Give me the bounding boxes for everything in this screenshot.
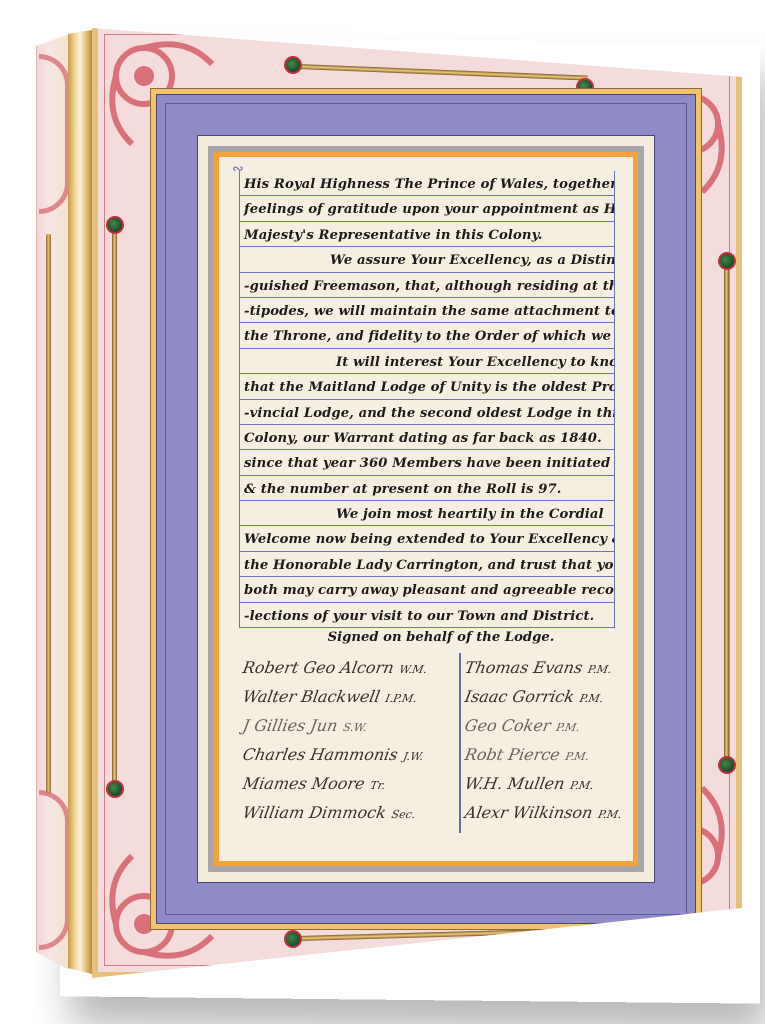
scroll-flourish-icon: ∾ <box>232 161 244 177</box>
side-swirl-ornament <box>39 790 70 950</box>
signature: William DimmockSec. <box>240 798 460 827</box>
orange-border: ∾ His Royal Highness The Prince of Wales… <box>214 152 638 866</box>
signature: Geo CokerP.M. <box>462 711 633 740</box>
text-line: We assure Your Excellency, as a Distin- <box>240 247 614 272</box>
signature: Charles HammonisJ.W. <box>240 740 460 769</box>
right-gold-rail <box>724 264 729 764</box>
gold-inner-frame: ∾ His Royal Highness The Prince of Wales… <box>150 88 702 930</box>
purple-beaded-frame: ∾ His Royal Highness The Prince of Wales… <box>156 94 696 924</box>
signature: Thomas EvansP.M. <box>462 653 633 682</box>
text-line: Welcome now being extended to Your Excel… <box>240 526 614 551</box>
text-line: & the number at present on the Roll is 9… <box>240 476 614 501</box>
signature: Robert Geo AlcornW.M. <box>240 653 460 682</box>
canvas-print: ∾ His Royal Highness The Prince of Wales… <box>0 0 765 1024</box>
ruled-text-block: ∾ His Royal Highness The Prince of Wales… <box>239 171 615 628</box>
gray-mat: ∾ His Royal Highness The Prince of Wales… <box>208 146 644 872</box>
canvas-side-edge <box>36 34 69 970</box>
signature: Robt PierceP.M. <box>462 740 633 769</box>
text-line: since that year 360 Members have been in… <box>240 450 614 475</box>
document-paper: ∾ His Royal Highness The Prince of Wales… <box>219 157 633 861</box>
rail-knob-icon <box>718 756 736 774</box>
signature: Isaac GorrickP.M. <box>462 682 633 711</box>
signatures-left-column: Robert Geo AlcornW.M. Walter BlackwellI.… <box>243 653 458 827</box>
text-line: the Honorable Lady Carrington, and trust… <box>240 552 614 577</box>
signature: Miames MooreTr. <box>240 769 460 798</box>
rail-knob-icon <box>718 252 736 270</box>
text-line: both may carry away pleasant and agreeab… <box>240 577 614 602</box>
signature: W.H. MullenP.M. <box>462 769 633 798</box>
signatures-right-column: Thomas EvansP.M. Isaac GorrickP.M. Geo C… <box>465 653 633 827</box>
side-gold-rail <box>46 234 51 794</box>
text-line: It will interest Your Excellency to know <box>240 349 614 374</box>
rail-knob-icon <box>284 56 302 74</box>
text-line: -lections of your visit to our Town and … <box>240 603 614 628</box>
canvas-front: ∾ His Royal Highness The Prince of Wales… <box>92 22 742 978</box>
text-line: -tipodes, we will maintain the same atta… <box>240 298 614 323</box>
signature: Walter BlackwellI.P.M. <box>240 682 460 711</box>
rail-knob-icon <box>106 216 124 234</box>
rail-knob-icon <box>284 930 302 948</box>
text-line: -guished Freemason, that, although resid… <box>240 273 614 298</box>
text-line: feelings of gratitude upon your appointm… <box>240 196 614 221</box>
signatures-block: Robert Geo AlcornW.M. Walter BlackwellI.… <box>233 653 619 843</box>
text-line: that the Maitland Lodge of Unity is the … <box>240 374 614 399</box>
gilt-frame-edge <box>68 30 92 974</box>
left-gold-rail <box>112 228 117 788</box>
cream-mat: ∾ His Royal Highness The Prince of Wales… <box>197 135 655 883</box>
top-gold-rail <box>298 64 588 81</box>
side-swirl-ornament <box>39 54 70 214</box>
signature: Alexr WilkinsonP.M. <box>462 798 633 827</box>
signature: J Gillies JunS.W. <box>240 711 460 740</box>
text-line: We join most heartily in the Cordial <box>240 501 614 526</box>
text-line: the Throne, and fidelity to the Order of… <box>240 323 614 348</box>
text-line: Colony, our Warrant dating as far back a… <box>240 425 614 450</box>
closing-line: Signed on behalf of the Lodge. <box>233 630 619 645</box>
text-line: His Royal Highness The Prince of Wales, … <box>240 171 614 196</box>
rail-knob-icon <box>106 780 124 798</box>
text-line: Majesty's Representative in this Colony. <box>240 222 614 247</box>
text-line: -vincial Lodge, and the second oldest Lo… <box>240 400 614 425</box>
